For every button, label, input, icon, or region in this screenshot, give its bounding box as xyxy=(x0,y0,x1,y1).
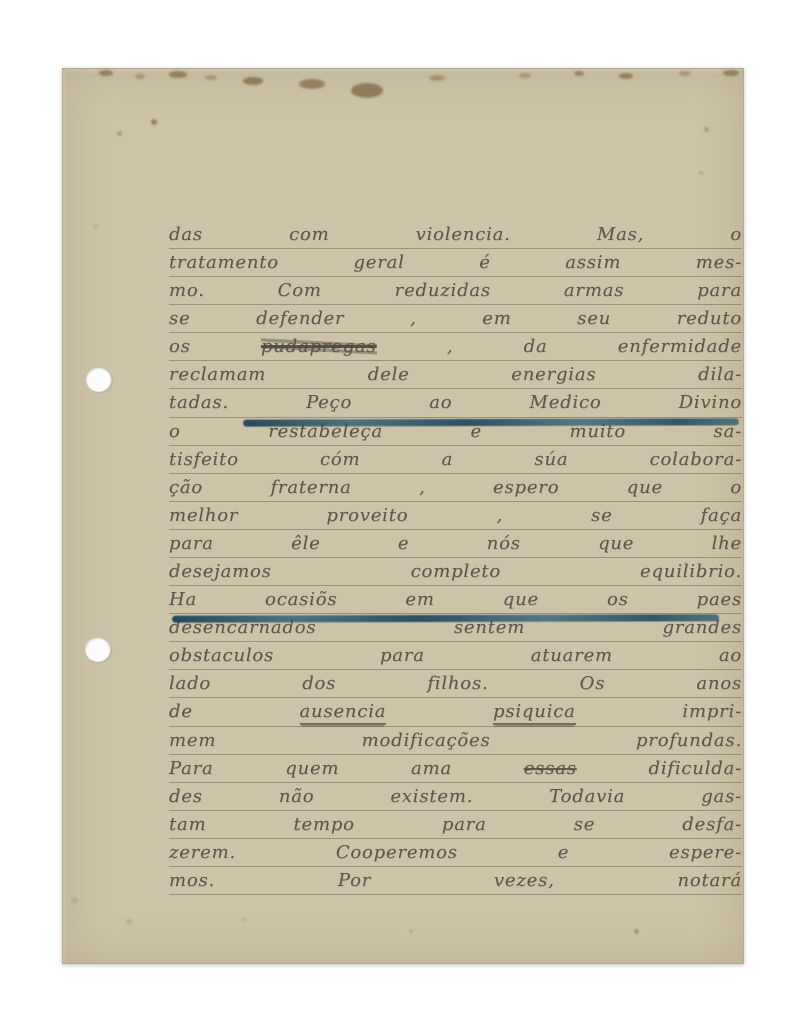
stain xyxy=(126,919,132,925)
pencil-underlined-word: ausencia xyxy=(300,701,387,725)
stain xyxy=(117,131,122,136)
stain xyxy=(723,70,739,76)
line-text: das com violencia. Mas, o xyxy=(169,221,742,248)
stain xyxy=(634,929,639,934)
line-segment: de xyxy=(169,701,300,722)
punch-hole-bottom xyxy=(85,637,111,662)
line-text: lado dos filhos. Os anos xyxy=(169,670,742,697)
scanned-manuscript-page: das com violencia. Mas, o tratamento ger… xyxy=(0,0,807,1024)
stain xyxy=(151,119,157,125)
line-segment: , da enfermidade xyxy=(377,336,742,357)
line-text: mos. Por vezes, notará xyxy=(169,867,742,894)
stain xyxy=(243,77,263,85)
manuscript-line: mem modificações profundas. xyxy=(169,727,742,755)
stain xyxy=(351,83,383,98)
stain xyxy=(93,224,98,229)
line-text: para êle e nós que lhe xyxy=(169,530,742,557)
stain xyxy=(704,127,709,132)
line-text: se defender , em seu reduto xyxy=(169,305,742,332)
line-text: reclamam dele energias dila- xyxy=(169,361,742,388)
manuscript-line: os pudapregas , da enfermidade xyxy=(169,333,742,361)
manuscript-line: tratamento geral é assim mes- xyxy=(169,249,742,277)
scratched-out-word: pudapregas xyxy=(261,336,377,357)
line-text: melhor proveito , se faça xyxy=(169,502,742,529)
stain xyxy=(169,71,187,78)
line-text: de ausencia psiquica impri- xyxy=(169,698,742,725)
stain xyxy=(71,897,78,904)
manuscript-line: Ha ocasiõs em que os paes xyxy=(169,586,742,614)
manuscript-line: tisfeito cóm a súa colabora- xyxy=(169,446,742,474)
manuscript-line: zerem. Cooperemos e espere- xyxy=(169,839,742,867)
stain xyxy=(409,929,413,933)
manuscript-line: se defender , em seu reduto xyxy=(169,305,742,333)
manuscript-line: tadas. Peço ao Medico Divino xyxy=(169,389,742,417)
line-segment: os xyxy=(169,336,261,357)
manuscript-line: des não existem. Todavia gas- xyxy=(169,783,742,811)
manuscript-line: para êle e nós que lhe xyxy=(169,530,742,558)
stain xyxy=(619,73,633,79)
stain xyxy=(205,75,217,80)
stain xyxy=(519,73,531,78)
manuscript-line: das com violencia. Mas, o xyxy=(169,221,742,249)
manuscript-line: melhor proveito , se faça xyxy=(169,502,742,530)
line-segment: Para quem ama xyxy=(169,758,524,779)
manuscript-line: ção fraterna , espero que o xyxy=(169,474,742,502)
line-text: desejamos completo equilibrio. xyxy=(169,558,742,585)
manuscript-line: lado dos filhos. Os anos xyxy=(169,670,742,698)
stain xyxy=(299,79,325,89)
line-text: tratamento geral é assim mes- xyxy=(169,249,742,276)
stain xyxy=(429,75,445,81)
struck-word: essas xyxy=(524,758,577,779)
manuscript-line: obstaculos para atuarem ao xyxy=(169,642,742,670)
stain xyxy=(242,917,246,921)
blue-crayon-underline xyxy=(243,418,739,426)
manuscript-line: Para quem ama essas dificulda- xyxy=(169,755,742,783)
stain xyxy=(99,70,113,76)
paper-sheet: das com violencia. Mas, o tratamento ger… xyxy=(62,68,744,964)
line-text: mo. Com reduzidas armas para xyxy=(169,277,742,304)
manuscript-line: mo. Com reduzidas armas para xyxy=(169,277,742,305)
stain xyxy=(699,171,703,175)
line-text: Ha ocasiõs em que os paes xyxy=(169,586,742,613)
line-text: des não existem. Todavia gas- xyxy=(169,783,742,810)
manuscript-line: de ausencia psiquica impri- xyxy=(169,698,742,726)
manuscript-line: mos. Por vezes, notará xyxy=(169,867,742,895)
manuscript-line: tam tempo para se desfa- xyxy=(169,811,742,839)
manuscript-line: desejamos completo equilibrio. xyxy=(169,558,742,586)
line-segment xyxy=(386,701,493,722)
stain xyxy=(135,74,145,79)
line-segment: dificulda- xyxy=(577,758,742,779)
line-text: zerem. Cooperemos e espere- xyxy=(169,839,742,866)
manuscript-line: reclamam dele energias dila- xyxy=(169,361,742,389)
punch-hole-top xyxy=(86,367,112,392)
pencil-underlined-word: psiquica xyxy=(493,701,576,725)
line-text: os pudapregas , da enfermidade xyxy=(169,333,742,360)
handwritten-text-block: das com violencia. Mas, o tratamento ger… xyxy=(169,221,742,895)
line-text: tisfeito cóm a súa colabora- xyxy=(169,446,742,473)
line-text: mem modificações profundas. xyxy=(169,727,742,754)
line-text: tadas. Peço ao Medico Divino xyxy=(169,389,742,416)
line-segment: impri- xyxy=(576,701,742,722)
stain xyxy=(574,71,584,76)
line-text: ção fraterna , espero que o xyxy=(169,474,742,501)
line-text: obstaculos para atuarem ao xyxy=(169,642,742,669)
line-text: tam tempo para se desfa- xyxy=(169,811,742,838)
stain xyxy=(679,71,691,76)
line-text: Para quem ama essas dificulda- xyxy=(169,755,742,782)
